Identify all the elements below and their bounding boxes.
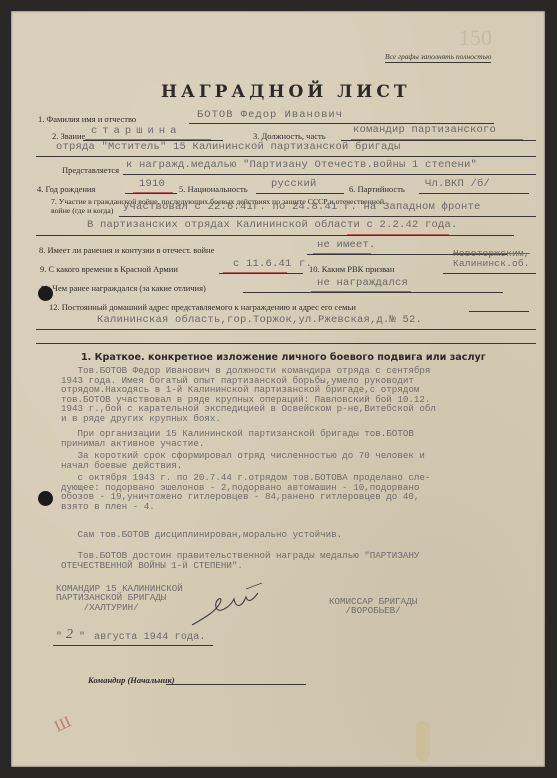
merit-paragraph-2: При организации 15 Калининской партизанс… [61, 429, 414, 448]
punch-hole [38, 286, 53, 301]
field-war-participation-value: участвовал с 22.6.41г. по 24.8.41 г. на … [123, 201, 481, 213]
field-rvk-value: Калининск.об. [453, 258, 530, 269]
field-rank-label: 2. Звание [52, 131, 85, 141]
underline [219, 273, 303, 274]
section-heading: 1. Краткое. конкретное изложение личного… [81, 352, 486, 363]
commissar-signature-block: КОМИССАР БРИГАДЫ /ВОРОБЬЕВ/ [329, 597, 417, 616]
field-rvk-label: 10. Каким РВК призван [309, 264, 394, 274]
underline [36, 156, 536, 157]
underline [36, 235, 514, 236]
field-war-participation-label-2: войне (где и когда) [51, 206, 113, 215]
commander-footer-label: Командир (Начальник) [88, 675, 175, 685]
underline [256, 193, 344, 194]
date-day: 2 [66, 627, 73, 643]
red-underline [313, 253, 371, 254]
field-previous-awards-value: не награждался [317, 277, 408, 289]
field-war-participation-value-cont: В партизанских отрядах Калининской облас… [87, 219, 458, 231]
red-underline [347, 234, 449, 235]
field-position-label: 3. Должность, часть [253, 131, 326, 141]
field-home-address-value: Калининская область,гор.Торжок,ул.Ржевск… [97, 314, 422, 326]
field-birth-year-value: 1910 [139, 178, 165, 190]
signature-line [166, 684, 306, 685]
merit-paragraph-4: с октября 1943 г. по 20.7.44 г.отрядом т… [61, 473, 430, 511]
instruction-note: Все графы заполнять полностью [385, 52, 491, 63]
field-rank-value: старшина [91, 125, 181, 137]
presented-for-label: Представляется [62, 165, 119, 175]
field-home-address-label: 12. Постоянный домашний адрес представля… [49, 302, 356, 312]
handwritten-signature [186, 581, 266, 631]
merit-paragraph-3: За короткий срок сформировал отряд числе… [61, 451, 425, 470]
underline [123, 174, 536, 175]
red-underline [311, 291, 411, 292]
underline [469, 311, 529, 312]
date-close-quote: " [79, 632, 85, 643]
field-party-value: Чл.ВКП /б/ [425, 178, 490, 190]
commander-signature-block: КОМАНДИР 15 КАЛИНИНСКОЙ ПАРТИЗАНСКОЙ БРИ… [56, 584, 183, 612]
field-position-value: командир партизанского [353, 124, 496, 136]
field-name-label: 1. Фамилия имя и отчество [38, 114, 136, 124]
underline [36, 329, 536, 330]
award-sheet-document: 150 Все графы заполнять полностью НАГРАД… [11, 11, 545, 767]
field-army-since-label: 9. С какого времени в Красной Армии [40, 264, 178, 274]
underline [243, 292, 503, 293]
margin-pencil-mark: Ш [52, 713, 74, 736]
underline [125, 193, 177, 194]
merit-paragraph-1: Тов.БОТОВ Федор Иванович в должности ком… [61, 366, 436, 424]
field-name-value: БОТОВ Федор Иванович [197, 109, 343, 121]
underline [419, 193, 529, 194]
red-underline [223, 272, 287, 273]
field-position-value-cont: отряда "Мститель" 15 Калининской партиза… [56, 141, 401, 153]
underline [119, 216, 536, 217]
underline [36, 343, 536, 344]
underline [53, 645, 213, 646]
field-previous-awards-label: 11. Чем ранее награждался (за какие отли… [40, 283, 206, 293]
merit-paragraph-6: Тов.БОТОВ достоин правительственной нагр… [61, 551, 419, 570]
merit-paragraph-5: Сам тов.БОТОВ дисциплинирован,морально у… [61, 530, 342, 540]
ghost-archive-number: 150 [459, 25, 492, 51]
field-nationality-label: 5. Национальность [179, 184, 248, 194]
field-wounds-label: 8. Имеет ли ранения и контузии в отечест… [39, 245, 214, 255]
punch-hole [38, 491, 53, 506]
field-army-since-value: с 11.6.41 [233, 258, 292, 270]
red-underline [85, 139, 211, 140]
red-underline [351, 139, 523, 140]
document-title: НАГРАДНОЙ ЛИСТ [161, 82, 411, 102]
paper-stain [416, 721, 430, 761]
field-birth-year-label: 4. Год рождения [37, 184, 95, 194]
date-open-quote: " [56, 632, 62, 643]
presented-for-value: к награжд.медалью "Партизану Отечеств.во… [126, 159, 477, 171]
underline [443, 273, 536, 274]
field-wounds-value: не имеет. [317, 239, 376, 251]
field-party-label: 6. Партийность [349, 184, 405, 194]
date-month-year: августа 1944 года. [94, 632, 206, 643]
red-underline [133, 192, 173, 193]
field-nationality-value: русский [271, 178, 317, 190]
